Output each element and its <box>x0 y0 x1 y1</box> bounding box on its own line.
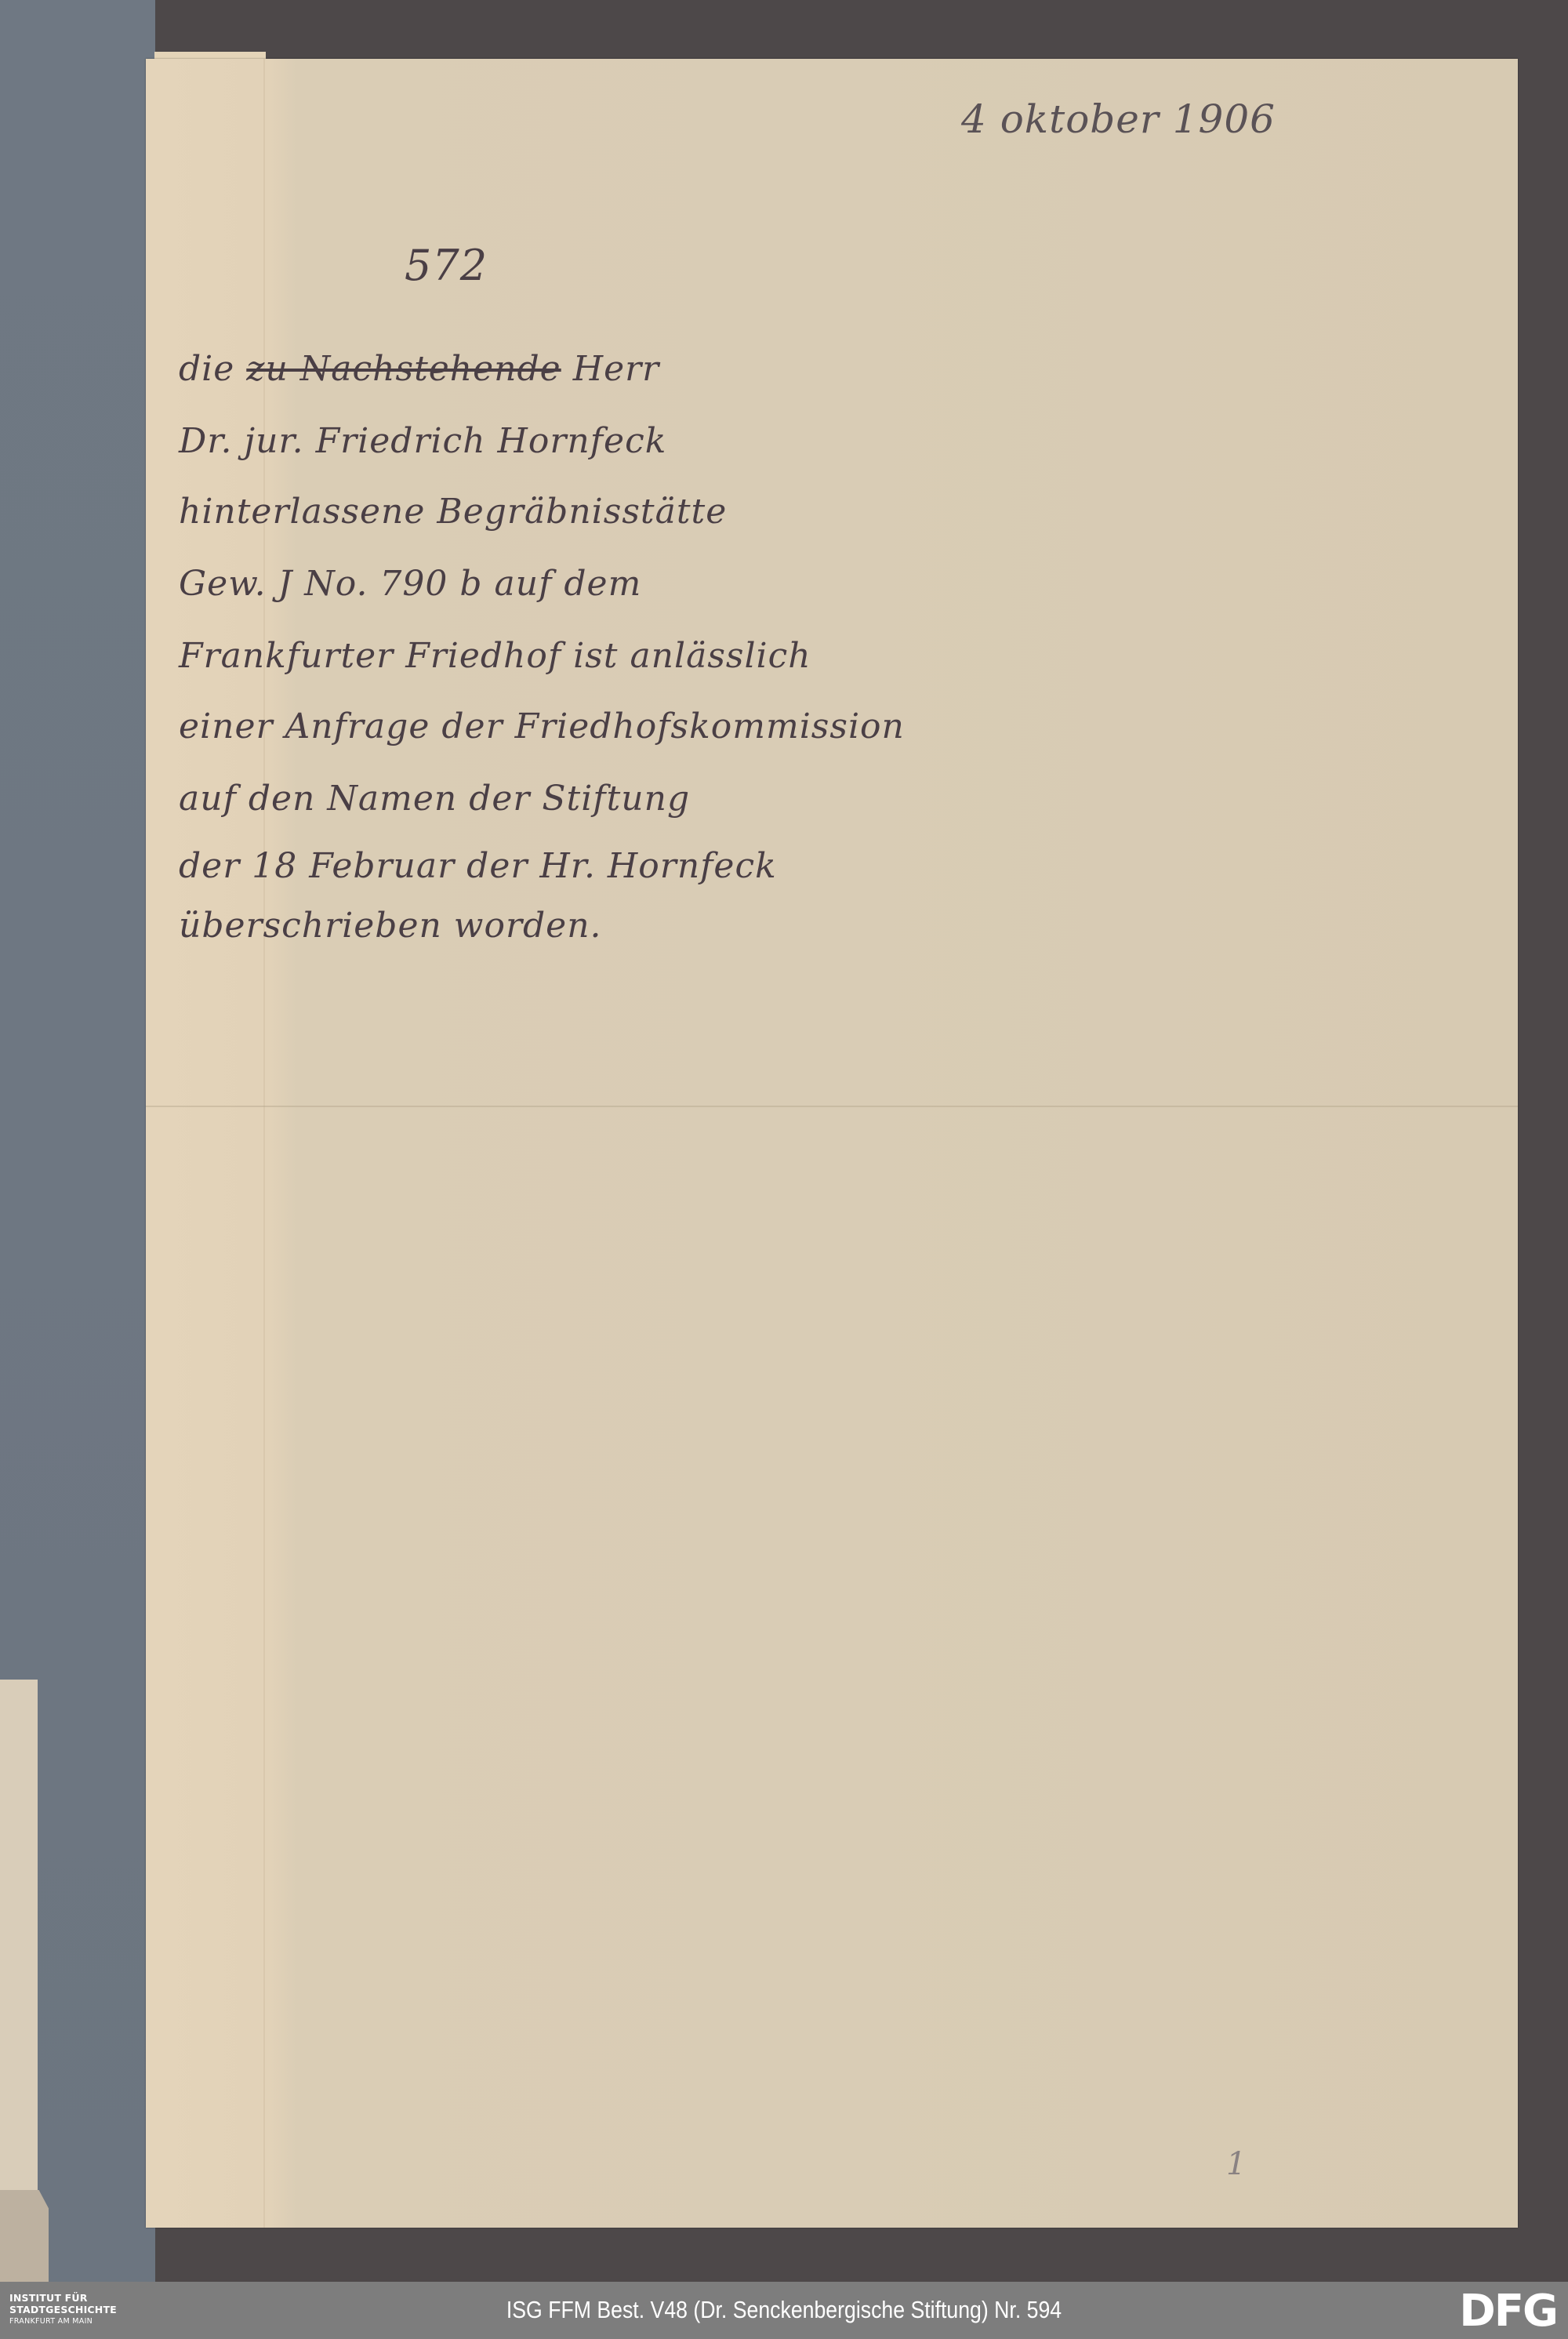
document-number: 572 <box>405 241 488 290</box>
handwritten-line: Gew. J No. 790 b auf dem <box>179 564 641 604</box>
horizontal-fold <box>146 1106 1518 1107</box>
handwritten-line: Frankfurter Friedhof ist anlässlich <box>179 636 811 676</box>
handwritten-line: die zu Nachstehende Herr <box>179 349 659 389</box>
torn-paper-fragment <box>0 2190 49 2282</box>
line-end: Herr <box>561 349 659 389</box>
institute-city: FRANKFURT AM MAIN <box>9 2315 117 2327</box>
archive-footer-bar: INSTITUT FÜR STADTGESCHICHTE FRANKFURT A… <box>0 2282 1568 2339</box>
handwritten-line: überschrieben worden. <box>179 906 602 946</box>
page-number-mark: 1 <box>1226 2146 1247 2182</box>
dfg-logo: DFG <box>1459 2290 1557 2334</box>
handwritten-line: hinterlassene Begräbnisstätte <box>179 492 727 532</box>
archive-citation: ISG FFM Best. V48 (Dr. Senckenbergische … <box>110 2296 1458 2324</box>
struck-text: zu Nachstehende <box>246 349 561 389</box>
handwritten-line: einer Anfrage der Friedhofskommission <box>179 706 905 746</box>
scan-area: 4 oktober 1906 572 die zu Nachstehende H… <box>0 0 1568 2282</box>
manuscript-page: 4 oktober 1906 572 die zu Nachstehende H… <box>146 59 1518 2228</box>
line-start: die <box>179 349 246 389</box>
handwritten-line: auf den Namen der Stiftung <box>179 779 690 819</box>
institute-logo: INSTITUT FÜR STADTGESCHICHTE FRANKFURT A… <box>9 2292 117 2327</box>
institute-name-line2: STADTGESCHICHTE <box>9 2304 117 2315</box>
date-line: 4 oktober 1906 <box>961 96 1276 142</box>
adjacent-paper-scrap <box>0 1680 38 2194</box>
handwritten-line: Dr. jur. Friedrich Hornfeck <box>179 421 666 461</box>
handwritten-line: der 18 Februar der Hr. Hornfeck <box>179 846 777 886</box>
institute-name-line1: INSTITUT FÜR <box>9 2292 117 2304</box>
